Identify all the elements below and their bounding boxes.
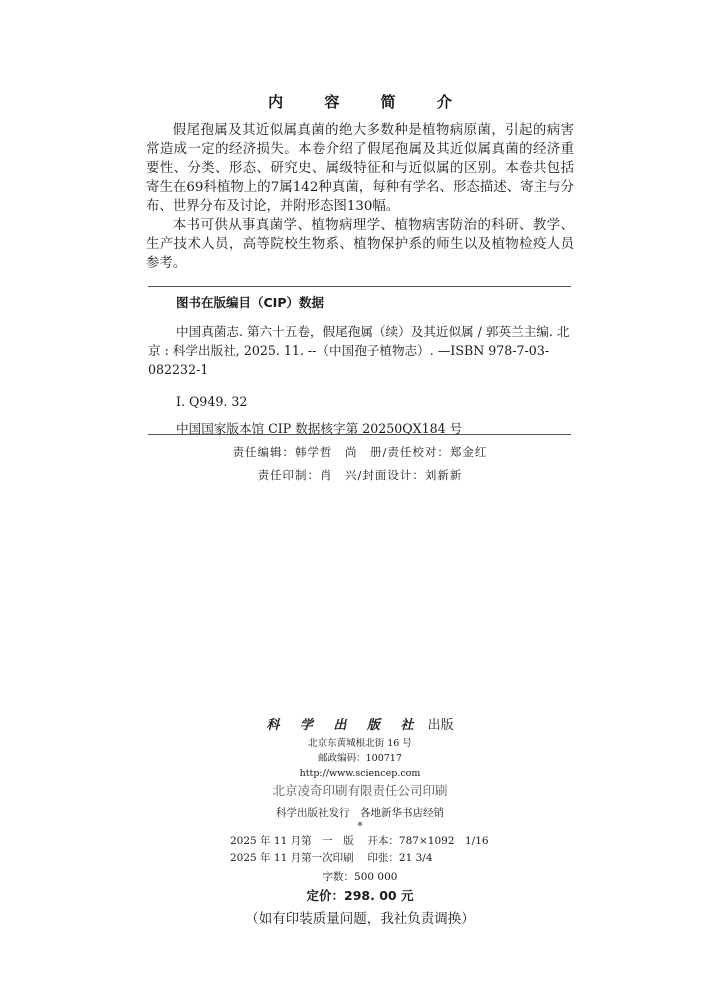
credits-block: 责任编辑：韩学哲 尚 册/责任校对：郑金红 责任印制：肖 兴/封面设计：刘新新 [0, 441, 720, 487]
word-count: 字数：500 000 [0, 868, 720, 886]
cip-bottom-divider [148, 434, 571, 435]
cip-record: 中国真菌志. 第六十五卷，假尾孢属（续）及其近似属 / 郭英兰主编. 北京 : … [148, 322, 571, 379]
publisher-address: 北京东黄城根北街 16 号 [0, 736, 720, 751]
publisher-suffix: 出版 [428, 718, 454, 733]
edition-line-2: 2025 年 11 月第一次印刷 印张：21 3/4 [230, 851, 490, 866]
publisher-name: 科 学 出 版 社 [266, 718, 421, 733]
price: 定价：298. 00 元 [0, 886, 720, 906]
separator-star: * [0, 822, 720, 832]
printer-line: 北京凌奇印刷有限责任公司印刷 [0, 781, 720, 801]
edition-line-1: 2025 年 11 月第 一 版 开本：787×1092 1/16 [230, 834, 490, 849]
summary-paragraph: 假尾孢属及其近似属真菌的绝大多数种是植物病原菌，引起的病害常造成一定的经济损失。… [146, 121, 574, 216]
distribution-line: 科学出版社发行 各地新华书店经销 [0, 804, 720, 822]
cip-block: 图书在版编目（CIP）数据 中国真菌志. 第六十五卷，假尾孢属（续）及其近似属 … [148, 294, 571, 438]
credits-editors: 责任编辑：韩学哲 尚 册/责任校对：郑金红 [0, 441, 720, 464]
credits-production: 责任印制：肖 兴/封面设计：刘新新 [0, 464, 720, 487]
publisher-line: 科 学 出 版 社 出版 [0, 716, 720, 736]
cip-classification: Ⅰ. Q949. 32 [148, 393, 571, 411]
quality-notice: （如有印装质量问题，我社负责调换） [0, 908, 720, 930]
colophon-block: 科 学 出 版 社 出版 北京东黄城根北街 16 号 邮政编码：100717 h… [0, 716, 720, 930]
summary-body: 假尾孢属及其近似属真菌的绝大多数种是植物病原菌，引起的病害常造成一定的经济损失。… [146, 121, 574, 273]
cip-approval-number: 中国国家版本馆 CIP 数据核字第 20250QX184 号 [148, 420, 571, 438]
copyright-page: 内 容 简 介 假尾孢属及其近似属真菌的绝大多数种是植物病原菌，引起的病害常造成… [0, 0, 720, 1000]
publisher-postcode: 邮政编码：100717 [0, 751, 720, 766]
summary-title: 内 容 简 介 [0, 92, 720, 112]
cip-heading: 图书在版编目（CIP）数据 [148, 294, 571, 312]
publisher-website: http://www.sciencep.com [0, 766, 720, 781]
cip-top-divider [148, 286, 571, 287]
summary-paragraph: 本书可供从事真菌学、植物病理学、植物病害防治的科研、教学、生产技术人员，高等院校… [146, 216, 574, 273]
